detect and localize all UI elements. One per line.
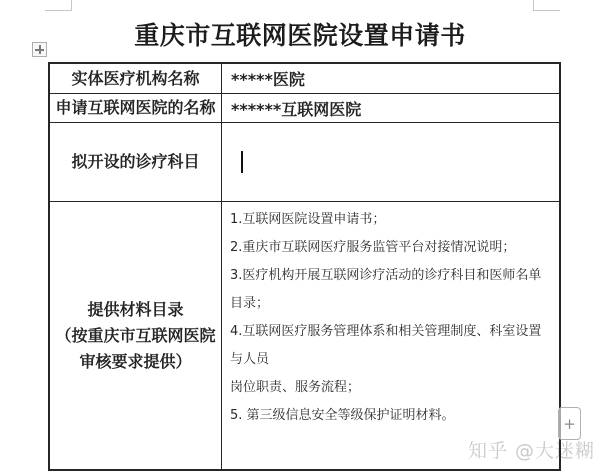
list-item: 5. 第三级信息安全等级保护证明材料。	[230, 402, 553, 430]
list-item: 3.医疗机构开展互联网诊疗活动的诊疗科目和医师名单目录；	[230, 262, 553, 318]
table-resize-plus-handle[interactable]: +	[558, 407, 581, 440]
label-cell-entity-name[interactable]: 实体医疗机构名称	[50, 64, 222, 93]
value-cell-clinical-subjects[interactable]	[222, 123, 559, 201]
value-cell-internet-hospital-name[interactable]: ******互联网医院	[222, 94, 559, 122]
list-item: 4.互联网医疗服务管理体系和相关管理制度、科室设置与人员 岗位职责、服务流程；	[230, 318, 553, 402]
label-line: 审核要求提供）	[79, 349, 191, 375]
plus-icon: +	[563, 415, 576, 433]
label-cell-clinical-subjects[interactable]: 拟开设的诊疗科目	[50, 123, 222, 201]
margin-corner-mark-top-right	[533, 0, 560, 11]
label-line: （按重庆市互联网医院	[55, 323, 215, 349]
list-item: 2.重庆市互联网医疗服务监管平台对接情况说明；	[230, 234, 553, 262]
text-cursor	[241, 151, 243, 173]
document-page: 重庆市互联网医院设置申请书 知乎 @大迷糊 实体医疗机构名称 *****医院 申…	[0, 0, 600, 476]
application-table: 实体医疗机构名称 *****医院 申请互联网医院的名称 ******互联网医院 …	[48, 62, 561, 471]
label-text: 申请互联网医院的名称	[55, 95, 215, 121]
label-text: 实体医疗机构名称	[71, 66, 199, 92]
move-cross-icon	[35, 45, 44, 54]
table-move-handle[interactable]	[32, 42, 47, 57]
value-cell-entity-name[interactable]: *****医院	[222, 64, 559, 93]
table-row: 拟开设的诊疗科目	[50, 123, 559, 202]
table-row: 提供材料目录 （按重庆市互联网医院 审核要求提供） 1.互联网医院设置申请书； …	[50, 202, 559, 469]
label-line: 提供材料目录	[87, 297, 183, 323]
value-cell-materials-list[interactable]: 1.互联网医院设置申请书； 2.重庆市互联网医疗服务监管平台对接情况说明； 3.…	[222, 202, 559, 469]
value-text: *****医院	[231, 67, 305, 90]
table-row: 实体医疗机构名称 *****医院	[50, 64, 559, 94]
list-item: 1.互联网医院设置申请书；	[230, 206, 553, 234]
label-text: 拟开设的诊疗科目	[71, 149, 199, 175]
margin-corner-mark-top-left	[45, 0, 72, 11]
table-row: 申请互联网医院的名称 ******互联网医院	[50, 94, 559, 123]
page-title[interactable]: 重庆市互联网医院设置申请书	[0, 16, 600, 52]
label-cell-materials-directory[interactable]: 提供材料目录 （按重庆市互联网医院 审核要求提供）	[50, 202, 222, 469]
label-cell-internet-hospital-name[interactable]: 申请互联网医院的名称	[50, 94, 222, 122]
value-text: ******互联网医院	[231, 97, 361, 120]
